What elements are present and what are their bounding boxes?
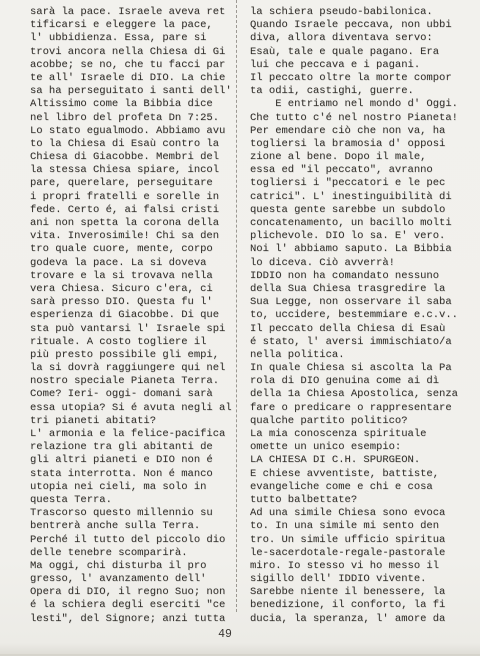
text-line: E chiese avventiste, battiste, xyxy=(250,468,468,481)
text-line: zione al bene. Dopo il male, xyxy=(250,151,468,164)
text-line: Per emendare ciò che non va, ha xyxy=(250,125,468,138)
text-line: fare o predicare o rappresentare xyxy=(250,402,468,415)
text-line: to, uccidere, bestemmiare e.c.v.. xyxy=(250,309,468,322)
text-line: togliersi i "peccatori e le pec xyxy=(250,177,468,190)
text-line: Esaù, tale e quale pagano. Era xyxy=(250,46,468,59)
text-line: diva, allora diventava servo: xyxy=(250,32,468,45)
text-line: Ad una simile Chiesa sono evoca xyxy=(250,507,468,520)
text-line: delle tenebre scomparirà. xyxy=(30,547,236,560)
text-line: concatenamento, un bacillo molti xyxy=(250,217,468,230)
text-line: rola di DIO genuina come ai dì xyxy=(250,375,468,388)
text-line: In quale Chiesa si ascolta la Pa xyxy=(250,362,468,375)
text-line: ducia, la speranza, l' amore da xyxy=(250,613,468,626)
text-line: fede. Certo é, ai falsi cristi xyxy=(30,204,236,217)
text-line: essa utopia? Si é avuta negli al xyxy=(30,402,236,415)
text-line: relazione tra gli abitanti de xyxy=(30,441,236,454)
text-line: Perché il tutto del piccolo dio xyxy=(30,534,236,547)
text-line: Altissimo come la Bibbia dice xyxy=(30,98,236,111)
text-line: della 1a Chiesa Apostolica, senza xyxy=(250,388,468,401)
text-line: Trascorso questo millennio su xyxy=(30,507,236,520)
text-line: tificarsi e eleggere la pace, xyxy=(30,19,236,32)
text-line: La mia conoscenza spirituale xyxy=(250,428,468,441)
text-line: acobbe; se no, che tu facci par xyxy=(30,59,236,72)
text-line: lesti", del Signore; anzi tutta xyxy=(30,613,236,626)
text-line: togliersi la bramosia d' opposi xyxy=(250,138,468,151)
text-line: tri pianeti abitati? xyxy=(30,415,236,428)
text-line: sarà presso DIO. Questa fu l' xyxy=(30,296,236,309)
text-line: più presto possibile gli empi, xyxy=(30,349,236,362)
text-line: L' armonia e la felice-pacifica xyxy=(30,428,236,441)
text-line: Quando Israele peccava, non ubbi xyxy=(250,19,468,32)
text-line: Il peccato della Chiesa di Esaù xyxy=(250,323,468,336)
text-line: stata interrotta. Non é manco xyxy=(30,468,236,481)
text-line: plichevole. DIO lo sa. E' vero. xyxy=(250,230,468,243)
text-line: della Sua Chiesa trasgredire la xyxy=(250,283,468,296)
text-line: godeva la pace. La si doveva xyxy=(30,257,236,270)
text-line: gli altri pianeti e DIO non é xyxy=(30,454,236,467)
column-divider-line xyxy=(236,0,237,612)
left-text-column: sarà la pace. Israele aveva rettificarsi… xyxy=(30,6,236,626)
text-line: pare, querelare, perseguitare xyxy=(30,177,236,190)
text-line: esperienza di Giacobbe. Di que xyxy=(30,309,236,322)
text-line: nel libro del profeta Dn 7:25. xyxy=(30,112,236,125)
text-line: to. In una simile mi sento den xyxy=(250,520,468,533)
text-line: tro. Un simile ufficio spiritua xyxy=(250,534,468,547)
text-line: sa ha perseguitato i santi dell' xyxy=(30,85,236,98)
text-line: le-sacerdotale-regale-pastorale xyxy=(250,547,468,560)
text-line: ani non spetta la corona della xyxy=(30,217,236,230)
text-line: sarà la pace. Israele aveva ret xyxy=(30,6,236,19)
text-line: rituale. A costo togliere il xyxy=(30,336,236,349)
text-line: miro. Io stesso vi ho messo il xyxy=(250,560,468,573)
text-line: nella politica. xyxy=(250,349,468,362)
text-line: essa ed "il peccato", avranno xyxy=(250,164,468,177)
text-line: trovare e la si trovava nella xyxy=(30,270,236,283)
right-text-column: la schiera pseudo-babilonica.Quando Isra… xyxy=(250,6,468,626)
text-line: IDDIO non ha comandato nessuno xyxy=(250,270,468,283)
text-line: la stessa Chiesa spiare, incol xyxy=(30,164,236,177)
text-line: utopia nei cieli, ma solo in xyxy=(30,481,236,494)
text-line: benedizione, il conforto, la fi xyxy=(250,599,468,612)
text-line: evangeliche come e chi e cosa xyxy=(250,481,468,494)
text-line: lo diceva. Ciò avverrà! xyxy=(250,257,468,270)
text-line: te all' Israele di DIO. La chie xyxy=(30,72,236,85)
text-line: Che tutto c'é nel nostro Pianeta! xyxy=(250,112,468,125)
text-line: Sua Legge, non osservare il saba xyxy=(250,296,468,309)
text-line: Noi l' abbiamo saputo. La Bibbia xyxy=(250,243,468,256)
text-line: é la schiera degli eserciti "ce xyxy=(30,599,236,612)
text-line: la si dovrà raggiungere qui nel xyxy=(30,362,236,375)
text-line: catrici". L' inestinguibilità di xyxy=(250,191,468,204)
text-line: lui che peccava e i pagani. xyxy=(250,59,468,72)
text-line: trovi ancora nella Chiesa di Gi xyxy=(30,46,236,59)
text-line: vera Chiesa. Sicuro c'era, ci xyxy=(30,283,236,296)
text-line: E entriamo nel mondo d' Oggi. xyxy=(250,98,468,111)
text-line: Opera di DIO, il regno Suo; non xyxy=(30,586,236,599)
text-line: ta odii, castighi, guerre. xyxy=(250,85,468,98)
text-line: questa gente sarebbe un subdolo xyxy=(250,204,468,217)
text-line: qualche partito politico? xyxy=(250,415,468,428)
text-line: tutto balbettate? xyxy=(250,494,468,507)
text-line: l' ubbidienza. Essa, pare si xyxy=(30,32,236,45)
page-number: 49 xyxy=(210,628,240,641)
text-line: sigillo dell' IDDIO vivente. xyxy=(250,573,468,586)
text-line: to la Chiesa di Esaù contro la xyxy=(30,138,236,151)
text-line: LA CHIESA DI C.H. SPURGEON. xyxy=(250,454,468,467)
text-line: vita. Inverosimile! Chi sa den xyxy=(30,230,236,243)
text-line: tro quale cuore, mente, corpo xyxy=(30,243,236,256)
text-line: bentrerà anche sulla Terra. xyxy=(30,520,236,533)
text-line: Sarebbe niente il benessere, la xyxy=(250,586,468,599)
scanned-book-page: sarà la pace. Israele aveva rettificarsi… xyxy=(0,0,480,656)
text-line: Il peccato oltre la morte compor xyxy=(250,72,468,85)
text-line: Ma oggi, chi disturba il pro xyxy=(30,560,236,573)
text-line: questa Terra. xyxy=(30,494,236,507)
text-line: la schiera pseudo-babilonica. xyxy=(250,6,468,19)
text-line: i propri fratelli e sorelle in xyxy=(30,191,236,204)
text-line: nostro speciale Pianeta Terra. xyxy=(30,375,236,388)
text-line: omette un unico esempio: xyxy=(250,441,468,454)
text-line: Come? Ieri- oggi- domani sarà xyxy=(30,388,236,401)
text-line: sta può vantarsi l' Israele spi xyxy=(30,323,236,336)
text-line: Chiesa di Giacobbe. Membri del xyxy=(30,151,236,164)
text-line: Lo stato egualmodo. Abbiamo avu xyxy=(30,125,236,138)
text-line: gresso, l' avanzamento dell' xyxy=(30,573,236,586)
text-line: é stato, l' aversi immischiato/a xyxy=(250,336,468,349)
